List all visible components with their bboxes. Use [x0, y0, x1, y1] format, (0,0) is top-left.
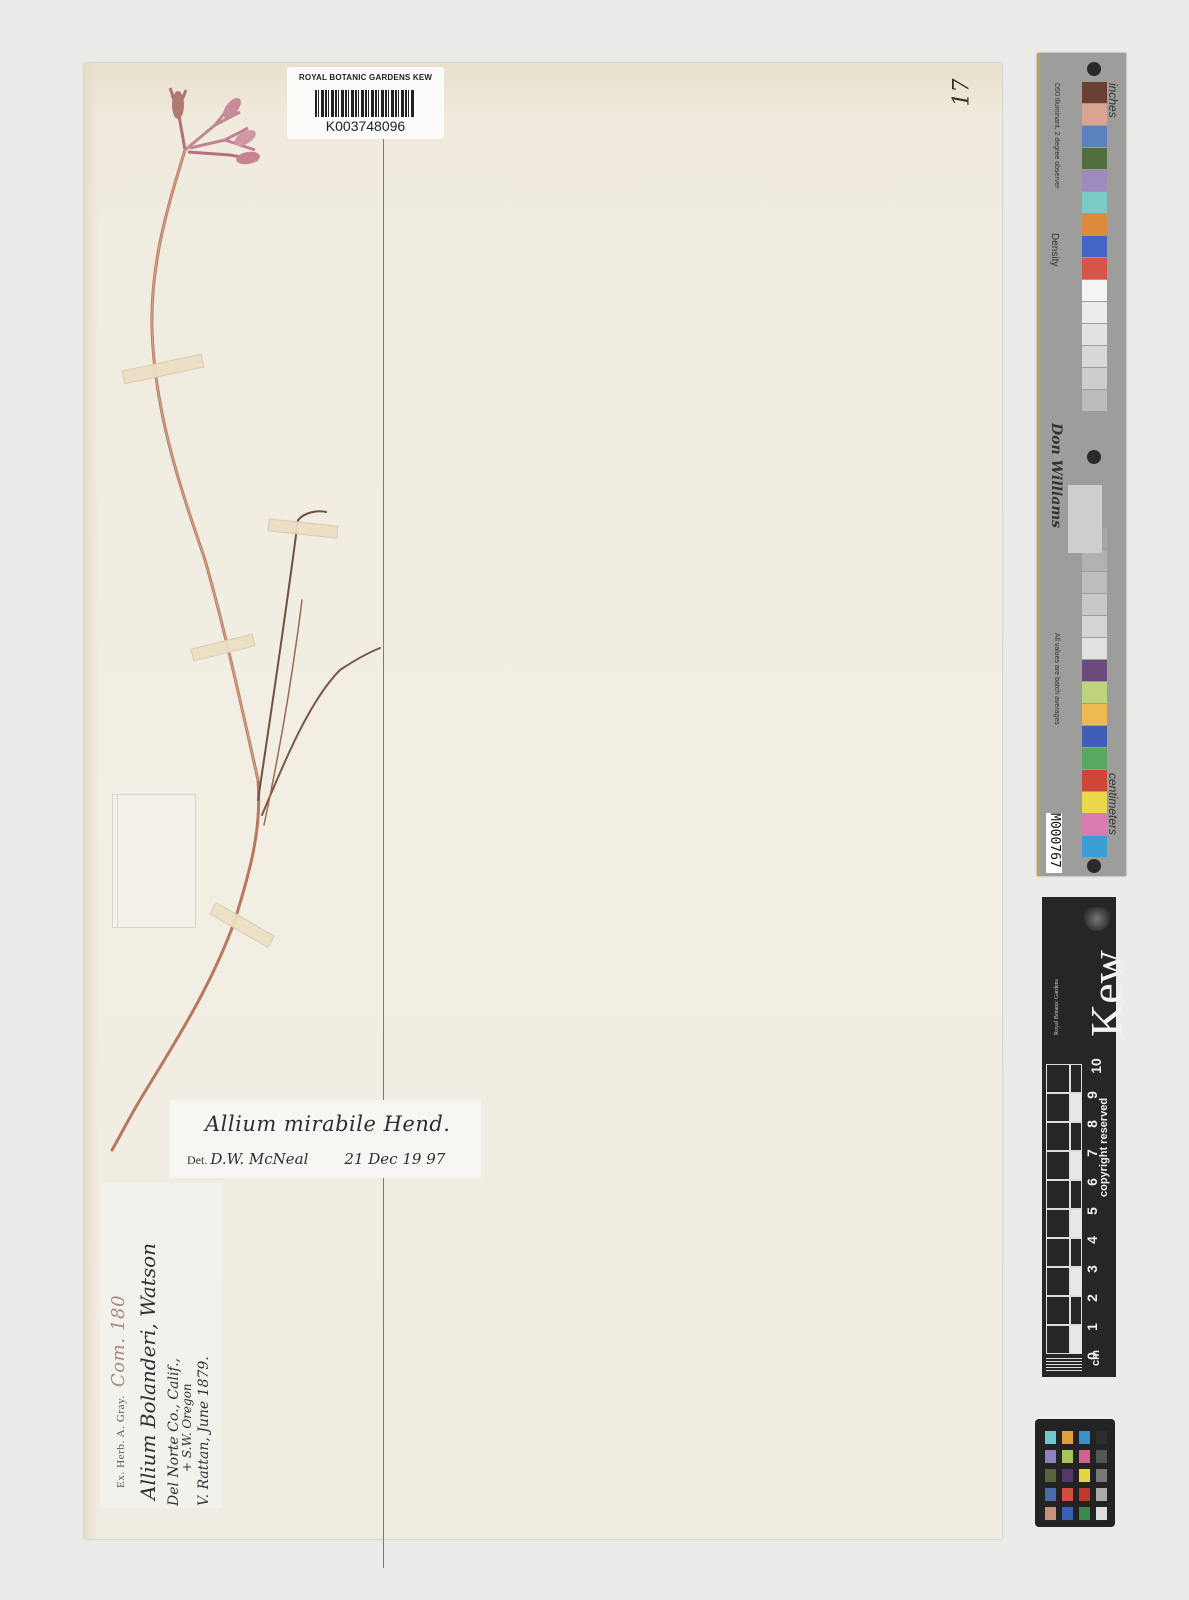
determiner-name: D.W. McNeal: [210, 1150, 308, 1168]
scale-strip: [1070, 1122, 1082, 1151]
checker-patch: [1079, 1488, 1090, 1501]
scale-cell: [1046, 1296, 1070, 1325]
scale-strip: [1070, 1209, 1082, 1238]
mm-grid: [1046, 1357, 1082, 1371]
determination-row: Det. D.W. McNeal 21 Dec 19 97: [187, 1150, 445, 1168]
checker-patch: [1045, 1450, 1056, 1463]
herbarium-source: Ex. Herb. A. Gray.: [115, 1395, 127, 1488]
locality-line-2: + S.W. Oregon: [180, 1383, 194, 1472]
scale-strip: [1070, 1151, 1082, 1180]
illuminant-note: D50 Illuminant, 2 degree observer: [1053, 83, 1060, 188]
gray-target-chart: [1068, 485, 1102, 553]
colour-swatch: [1082, 748, 1107, 769]
colour-swatch: [1082, 126, 1107, 147]
density-label: Density: [1049, 233, 1060, 266]
kew-scale-bar: Kew Royal Botanic Gardens copyright rese…: [1042, 897, 1116, 1377]
scale-strip: [1070, 1296, 1082, 1325]
checker-patch: [1079, 1507, 1090, 1520]
scale-cell: [1046, 1093, 1070, 1122]
colour-swatch: [1082, 302, 1107, 323]
collection-label: Ex. Herb. A. Gray.Com. 180 Allium Boland…: [100, 1183, 222, 1508]
det-prefix: Det.: [187, 1153, 207, 1167]
scale-cell: [1046, 1151, 1070, 1180]
scale-strip: [1070, 1180, 1082, 1209]
scale-cell: [1046, 1209, 1070, 1238]
checker-patch: [1045, 1488, 1056, 1501]
scale-number: 1: [1084, 1323, 1100, 1331]
ruler-brand: Don Williams: [1048, 423, 1064, 528]
scale-cell: [1046, 1325, 1070, 1354]
checker-patch: [1062, 1431, 1073, 1444]
colour-swatch: [1082, 148, 1107, 169]
original-taxon: Allium Bolanderi, Watson: [136, 1243, 160, 1500]
scale-cell: [1046, 1122, 1070, 1151]
checker-patch: [1062, 1450, 1073, 1463]
determined-taxon: Allium mirabile Hend.: [205, 1112, 450, 1136]
scale-cell: [1046, 1238, 1070, 1267]
colour-swatch: [1082, 368, 1107, 389]
colour-swatch: [1082, 214, 1107, 235]
scale-strip: [1070, 1093, 1082, 1122]
checker-patch: [1096, 1488, 1107, 1501]
kew-crest-icon: [1084, 907, 1110, 931]
ruler-hole: [1087, 450, 1101, 464]
colour-swatch: [1082, 346, 1107, 367]
checker-patch: [1062, 1507, 1073, 1520]
colour-swatch: [1082, 170, 1107, 191]
colour-swatch: [1082, 616, 1107, 637]
scale-strip: [1070, 1325, 1082, 1354]
colour-swatch: [1082, 660, 1107, 681]
kew-logo: Kew: [1062, 937, 1122, 1067]
ruler-hole: [1087, 859, 1101, 873]
ruler-hole: [1087, 62, 1101, 76]
checker-patch: [1096, 1450, 1107, 1463]
fragment-packet: [112, 794, 196, 928]
kew-brand: Kew: [1080, 950, 1133, 1037]
colour-swatch: [1082, 324, 1107, 345]
centimeters-label: centimeters: [1106, 773, 1120, 835]
scale-number: 6: [1084, 1178, 1100, 1186]
ruler-id: M000767: [1047, 813, 1062, 868]
colour-checker-card: [1035, 1419, 1115, 1527]
colour-swatch: [1082, 280, 1107, 301]
scale-strip: [1070, 1064, 1082, 1093]
colour-swatch: [1082, 104, 1107, 125]
checker-patch: [1045, 1431, 1056, 1444]
herbarium-annotation: Com. 180: [108, 1295, 129, 1387]
scale-cell: [1046, 1064, 1070, 1093]
collector-date: V. Rattan, June 1879.: [196, 1356, 212, 1506]
colour-swatch: [1082, 82, 1107, 103]
collection-label-text: Ex. Herb. A. Gray.Com. 180 Allium Boland…: [100, 1183, 222, 1508]
scale-strip: [1070, 1238, 1082, 1267]
kew-brand-small: Royal Botanic Gardens: [1054, 979, 1060, 1035]
colour-swatch: [1082, 390, 1107, 411]
colour-swatch: [1082, 682, 1107, 703]
determination-label: Allium mirabile Hend. Det. D.W. McNeal 2…: [170, 1100, 481, 1178]
herbarium-line: Ex. Herb. A. Gray.Com. 180: [108, 1295, 129, 1488]
colour-calibration-ruler: inches D50 Illuminant, 2 degree observer…: [1037, 53, 1126, 876]
inches-label: inches: [1106, 83, 1120, 118]
colour-swatch: [1082, 572, 1107, 593]
checker-patch: [1079, 1450, 1090, 1463]
checker-patch: [1045, 1469, 1056, 1482]
scale-number: 10: [1088, 1058, 1104, 1074]
checker-patch: [1045, 1507, 1056, 1520]
cm-label: cm: [1090, 1350, 1102, 1366]
ruler-id-tag: M000767: [1046, 813, 1062, 873]
scale-number: 4: [1084, 1236, 1100, 1244]
colour-swatch: [1082, 726, 1107, 747]
scale-number: 5: [1084, 1207, 1100, 1215]
colour-swatch: [1082, 704, 1107, 725]
colour-swatch: [1082, 550, 1107, 571]
scale-number: 2: [1084, 1294, 1100, 1302]
checker-patch: [1096, 1507, 1107, 1520]
colour-swatch: [1082, 258, 1107, 279]
scale-number: 8: [1084, 1120, 1100, 1128]
scale-number: 7: [1084, 1149, 1100, 1157]
scale-cell: [1046, 1267, 1070, 1296]
colour-swatch: [1082, 192, 1107, 213]
kew-small-text: Royal Botanic Gardens: [1054, 965, 1064, 1035]
colour-swatch: [1082, 638, 1107, 659]
scale-number: 3: [1084, 1265, 1100, 1273]
batch-note: All values are batch averages: [1053, 633, 1060, 725]
colour-swatch: [1082, 836, 1107, 857]
colour-swatch: [1082, 770, 1107, 791]
scale-cell: [1046, 1180, 1070, 1209]
checker-patch: [1079, 1469, 1090, 1482]
colour-swatch: [1082, 236, 1107, 257]
colour-swatch: [1082, 792, 1107, 813]
colour-swatch: [1082, 594, 1107, 615]
checker-patch: [1096, 1431, 1107, 1444]
checker-patch: [1062, 1488, 1073, 1501]
scale-number: 9: [1084, 1091, 1100, 1099]
colour-swatch: [1082, 814, 1107, 835]
checker-patch: [1079, 1431, 1090, 1444]
determination-date: 21 Dec 19 97: [344, 1150, 445, 1168]
scale-strip: [1070, 1267, 1082, 1296]
checker-patch: [1062, 1469, 1073, 1482]
checker-patch: [1096, 1469, 1107, 1482]
